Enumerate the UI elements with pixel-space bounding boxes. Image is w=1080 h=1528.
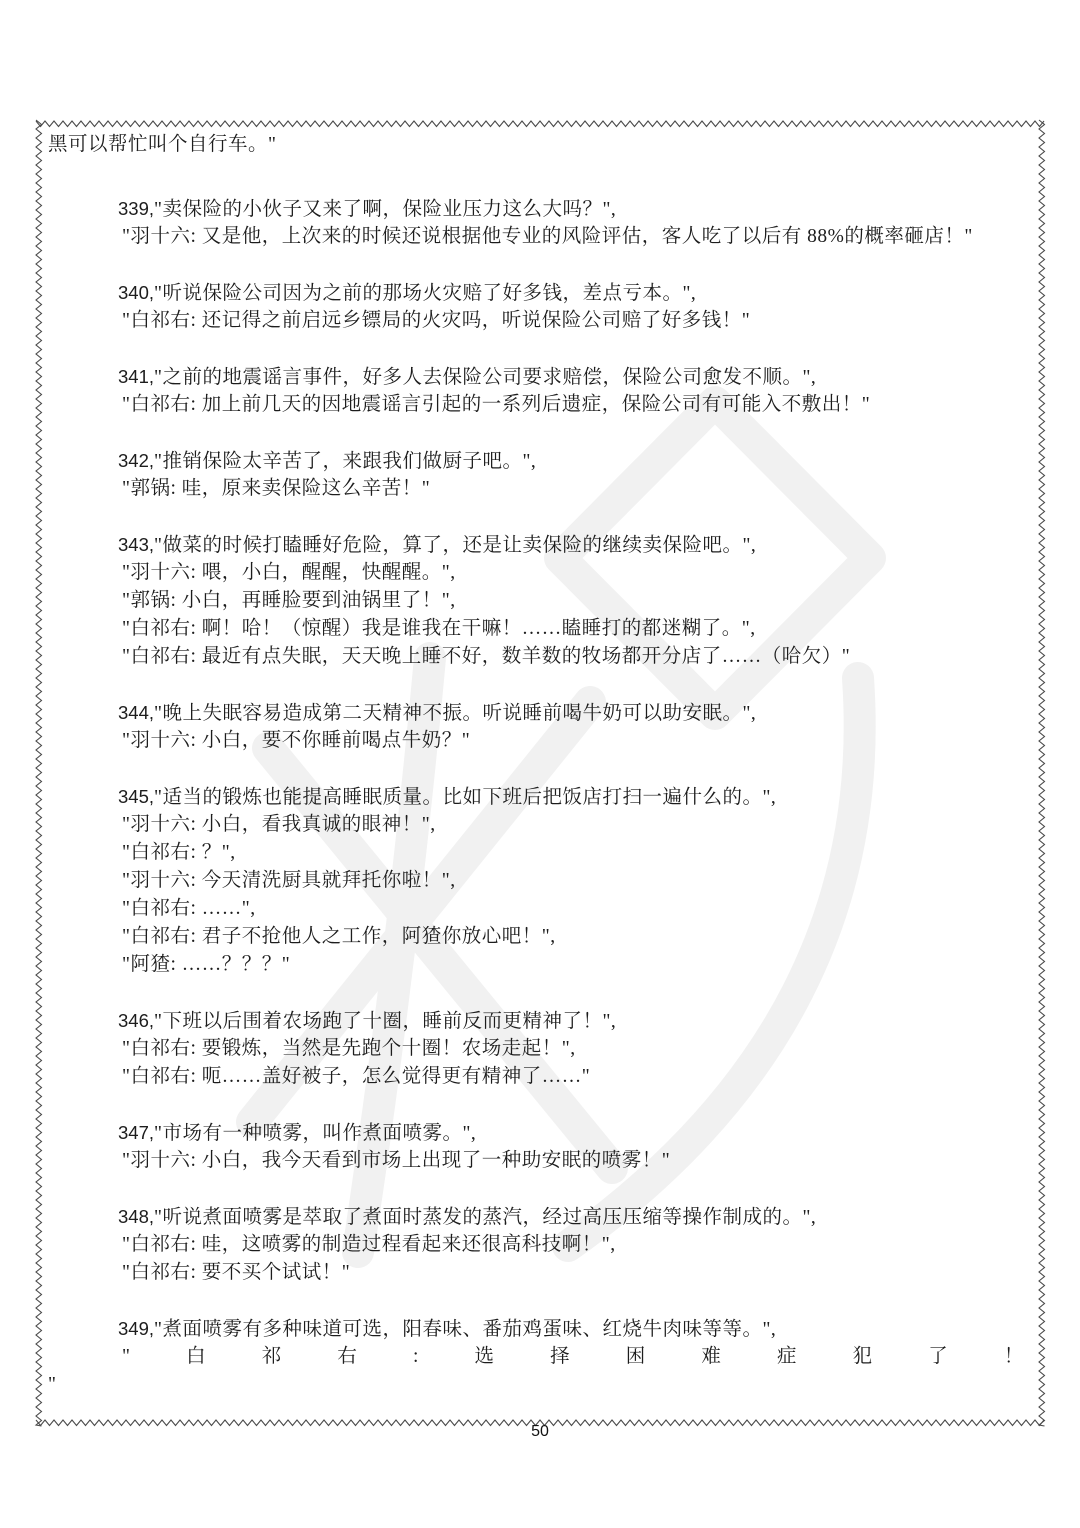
- entry-343: 343,"做菜的时候打瞌睡好危险，算了，还是让卖保险的继续卖保险吧。", "羽十…: [48, 531, 1034, 671]
- entry-text: "晚上失眠容易造成第二天精神不振。听说睡前喝牛奶可以助安眠。",: [154, 703, 756, 724]
- dialogue-line: "羽十六: 小白，我今天看到市场上出现了一种助安眠的喷雾！": [48, 1147, 1034, 1175]
- dialogue-line: "羽十六: 小白，要不你睡前喝点牛奶？": [48, 727, 1034, 755]
- entry-text: "市场有一种喷雾，叫作煮面喷雾。",: [154, 1123, 476, 1144]
- entry-first-line: 342,"推销保险太辛苦了，来跟我们做厨子吧。",: [48, 447, 1034, 475]
- entry-first-line: 349,"煮面喷雾有多种味道可选，阳春味、番茄鸡蛋味、红烧牛肉味等等。",: [48, 1315, 1034, 1343]
- page-border-right: [1038, 120, 1046, 1426]
- document-body: 黑可以帮忙叫个自行车。" 339,"卖保险的小伙子又来了啊，保险业压力这么大吗？…: [48, 131, 1034, 1399]
- entry-346: 346,"下班以后围着农场跑了十圈，睡前反而更精神了！", "白祁右: 要锻炼，…: [48, 1007, 1034, 1091]
- entry-341: 341,"之前的地震谣言事件，好多人去保险公司要求赔偿，保险公司愈发不顺。", …: [48, 363, 1034, 419]
- dialogue-line: "郭锅: 小白，再睡脸要到油锅里了！",: [48, 587, 1034, 615]
- entry-number: 343,: [118, 534, 154, 555]
- entry-text: "下班以后围着农场跑了十圈，睡前反而更精神了！",: [154, 1011, 616, 1032]
- justified-char: 难: [701, 1343, 721, 1371]
- entry-first-line: 344,"晚上失眠容易造成第二天精神不振。听说睡前喝牛奶可以助安眠。",: [48, 699, 1034, 727]
- justified-char: 困: [626, 1343, 646, 1371]
- entry-text: "做菜的时候打瞌睡好危险，算了，还是让卖保险的继续卖保险吧。",: [154, 535, 756, 556]
- justified-char: ！: [1004, 1343, 1024, 1371]
- entry-first-line: 346,"下班以后围着农场跑了十圈，睡前反而更精神了！",: [48, 1007, 1034, 1035]
- dialogue-line: "白祁右: 加上前几天的因地震谣言引起的一系列后遗症，保险公司有可能入不敷出！": [48, 391, 1034, 419]
- entry-344: 344,"晚上失眠容易造成第二天精神不振。听说睡前喝牛奶可以助安眠。", "羽十…: [48, 699, 1034, 755]
- entry-text: "卖保险的小伙子又来了啊，保险业压力这么大吗？",: [154, 199, 616, 220]
- entry-text: "适当的锻炼也能提高睡眠质量。比如下班后把饭店打扫一遍什么的。",: [154, 787, 776, 808]
- entry-349: 349,"煮面喷雾有多种味道可选，阳春味、番茄鸡蛋味、红烧牛肉味等等。", " …: [48, 1315, 1034, 1399]
- entry-347: 347,"市场有一种喷雾，叫作煮面喷雾。", "羽十六: 小白，我今天看到市场上…: [48, 1119, 1034, 1175]
- entry-number: 339,: [118, 198, 154, 219]
- entry-text: "听说煮面喷雾是萃取了煮面时蒸发的蒸汽，经过高压压缩等操作制成的。",: [154, 1207, 816, 1228]
- entry-number: 349,: [118, 1318, 154, 1339]
- entry-text: "之前的地震谣言事件，好多人去保险公司要求赔偿，保险公司愈发不顺。",: [154, 367, 816, 388]
- trailing-quote-line: ": [48, 1371, 1034, 1399]
- entry-340: 340,"听说保险公司因为之前的那场火灾赔了好多钱，差点亏本。", "白祁右: …: [48, 279, 1034, 335]
- entry-first-line: 345,"适当的锻炼也能提高睡眠质量。比如下班后把饭店打扫一遍什么的。",: [48, 783, 1034, 811]
- dialogue-line: "白祁右: 要锻炼，当然是先跑个十圈！农场走起！",: [48, 1035, 1034, 1063]
- margin-overflow-line: 黑可以帮忙叫个自行车。": [48, 131, 1034, 159]
- dialogue-line: "阿猹: ……？？？": [48, 951, 1034, 979]
- page-border-left: [35, 120, 43, 1426]
- dialogue-line: "羽十六: 今天清洗厨具就拜托你啦！",: [48, 867, 1034, 895]
- dialogue-line: "羽十六: 又是他，上次来的时候还说根据他专业的风险评估，客人吃了以后有 88%…: [48, 223, 1034, 251]
- justified-char: 选: [474, 1343, 494, 1371]
- entry-number: 348,: [118, 1206, 154, 1227]
- document-page: 黑可以帮忙叫个自行车。" 339,"卖保险的小伙子又来了啊，保险业压力这么大吗？…: [0, 0, 1080, 1528]
- justified-dialogue-line: " 白 祁 右 : 选 择 困 难 症 犯 了 ！: [48, 1343, 1034, 1371]
- justified-char: 犯: [853, 1343, 873, 1371]
- page-border-top: [36, 120, 1044, 128]
- dialogue-line: "白祁右: 哇，这喷雾的制造过程看起来还很高科技啊！",: [48, 1231, 1034, 1259]
- dialogue-line: "白祁右: 君子不抢他人之工作，阿猹你放心吧！",: [48, 923, 1034, 951]
- entry-number: 344,: [118, 702, 154, 723]
- dialogue-line: "白祁右: 要不买个试试！": [48, 1259, 1034, 1287]
- entry-number: 341,: [118, 366, 154, 387]
- entry-text: "煮面喷雾有多种味道可选，阳春味、番茄鸡蛋味、红烧牛肉味等等。",: [154, 1319, 776, 1340]
- justified-char: 症: [777, 1343, 797, 1371]
- entry-first-line: 348,"听说煮面喷雾是萃取了煮面时蒸发的蒸汽，经过高压压缩等操作制成的。",: [48, 1203, 1034, 1231]
- entry-number: 346,: [118, 1010, 154, 1031]
- entry-text: "听说保险公司因为之前的那场火灾赔了好多钱，差点亏本。",: [154, 283, 696, 304]
- entry-342: 342,"推销保险太辛苦了，来跟我们做厨子吧。", "郭锅: 哇，原来卖保险这么…: [48, 447, 1034, 503]
- entry-339: 339,"卖保险的小伙子又来了啊，保险业压力这么大吗？", "羽十六: 又是他，…: [48, 195, 1034, 251]
- page-number: 50: [0, 1423, 1080, 1441]
- entry-first-line: 347,"市场有一种喷雾，叫作煮面喷雾。",: [48, 1119, 1034, 1147]
- entry-number: 345,: [118, 786, 154, 807]
- entry-number: 340,: [118, 282, 154, 303]
- justified-char: 择: [550, 1343, 570, 1371]
- dialogue-line: "白祁右: ？",: [48, 839, 1034, 867]
- dialogue-line: "白祁右: ……",: [48, 895, 1034, 923]
- dialogue-line: "白祁右: 最近有点失眠，天天晚上睡不好，数羊数的牧场都开分店了……（哈欠）": [48, 643, 1034, 671]
- entry-number: 342,: [118, 450, 154, 471]
- entry-first-line: 341,"之前的地震谣言事件，好多人去保险公司要求赔偿，保险公司愈发不顺。",: [48, 363, 1034, 391]
- entry-348: 348,"听说煮面喷雾是萃取了煮面时蒸发的蒸汽，经过高压压缩等操作制成的。", …: [48, 1203, 1034, 1287]
- dialogue-line: "羽十六: 喂，小白，醒醒，快醒醒。",: [48, 559, 1034, 587]
- entry-345: 345,"适当的锻炼也能提高睡眠质量。比如下班后把饭店打扫一遍什么的。", "羽…: [48, 783, 1034, 979]
- dialogue-line: "白祁右: 啊！哈！（惊醒）我是谁我在干嘛！……瞌睡打的都迷糊了。",: [48, 615, 1034, 643]
- entry-first-line: 340,"听说保险公司因为之前的那场火灾赔了好多钱，差点亏本。",: [48, 279, 1034, 307]
- entry-first-line: 339,"卖保险的小伙子又来了啊，保险业压力这么大吗？",: [48, 195, 1034, 223]
- dialogue-line: "白祁右: 呃……盖好被子，怎么觉得更有精神了……": [48, 1063, 1034, 1091]
- justified-char: :: [413, 1343, 419, 1371]
- justified-char: 右: [337, 1343, 357, 1371]
- entry-text: "推销保险太辛苦了，来跟我们做厨子吧。",: [154, 451, 536, 472]
- entry-first-line: 343,"做菜的时候打瞌睡好危险，算了，还是让卖保险的继续卖保险吧。",: [48, 531, 1034, 559]
- justified-char: 了: [928, 1343, 948, 1371]
- justified-char: ": [122, 1343, 130, 1371]
- entry-number: 347,: [118, 1122, 154, 1143]
- dialogue-line: "白祁右: 还记得之前启远乡镖局的火灾吗，听说保险公司赔了好多钱！": [48, 307, 1034, 335]
- justified-char: 白: [186, 1343, 206, 1371]
- dialogue-line: "郭锅: 哇，原来卖保险这么辛苦！": [48, 475, 1034, 503]
- dialogue-line: "羽十六: 小白，看我真诚的眼神！",: [48, 811, 1034, 839]
- justified-char: 祁: [262, 1343, 282, 1371]
